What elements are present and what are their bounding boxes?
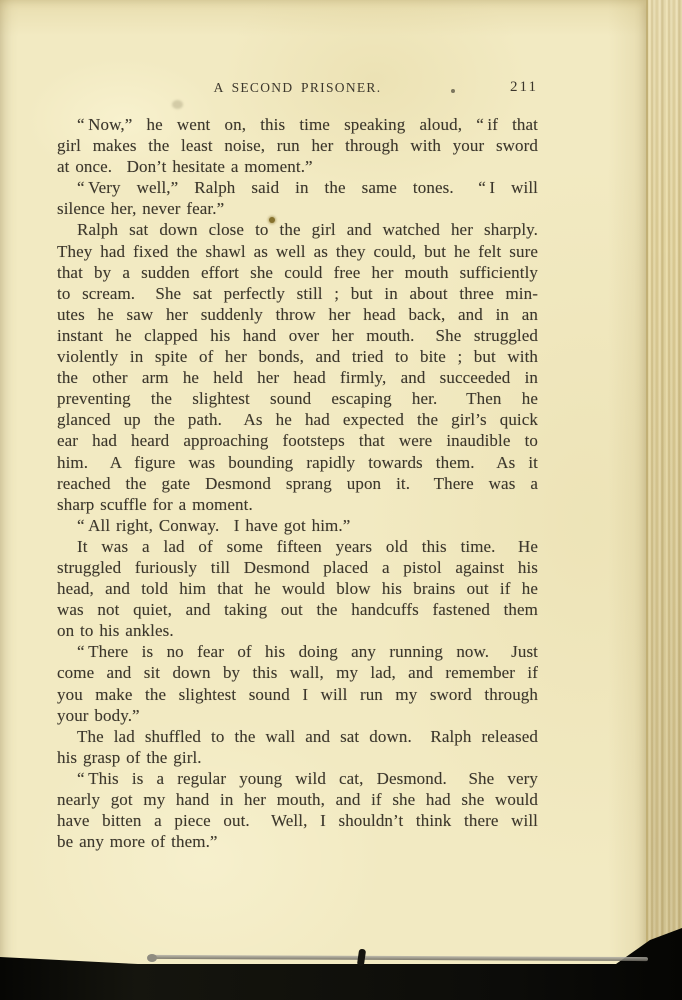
book-page-scan: A SECOND PRISONER. 211 “ Now,” he went o… <box>0 0 682 1000</box>
text-line: The lad shuffled to the wall and sat dow… <box>57 726 538 747</box>
scan-debris <box>147 954 157 962</box>
text-line: him. A figure was bounding rapidly towar… <box>57 452 538 473</box>
paragraph: “ This is a regular young wild cat, Desm… <box>57 768 538 852</box>
text-line: that by a sudden effort she could free h… <box>57 262 538 283</box>
ink-dot <box>451 89 455 93</box>
paragraph: “ There is no fear of his doing any runn… <box>57 641 538 725</box>
scan-debris <box>357 949 366 967</box>
paragraph: “ Very well,” Ralph said in the same ton… <box>57 177 538 219</box>
text-line: head, and told him that he would blow hi… <box>57 578 538 599</box>
text-line: It was a lad of some fifteen years old t… <box>57 536 538 557</box>
text-line: “ Now,” he went on, this time speaking a… <box>57 114 538 135</box>
text-line: violently in spite of her bonds, and tri… <box>57 346 538 367</box>
text-line: on to his ankles. <box>57 620 538 641</box>
body-text: “ Now,” he went on, this time speaking a… <box>57 114 538 852</box>
paragraph: “ Now,” he went on, this time speaking a… <box>57 114 538 177</box>
text-line: his grasp of the girl. <box>57 747 538 768</box>
text-line: preventing the slightest sound escaping … <box>57 388 538 409</box>
text-line: your body.” <box>57 705 538 726</box>
text-line: to scream. She sat perfectly still ; but… <box>57 283 538 304</box>
paper-top-shading <box>0 0 682 36</box>
text-line: nearly got my hand in her mouth, and if … <box>57 789 538 810</box>
text-line: “ There is no fear of his doing any runn… <box>57 641 538 662</box>
text-line: They had fixed the shawl as well as they… <box>57 241 538 262</box>
page-bottom-edge <box>148 955 648 961</box>
text-line: ear had heard approaching footsteps that… <box>57 430 538 451</box>
text-line: glanced up the path. As he had expected … <box>57 409 538 430</box>
text-line: silence her, never fear.” <box>57 198 538 219</box>
text-line: at once. Don’t hesitate a moment.” <box>57 156 538 177</box>
running-title: A SECOND PRISONER. <box>57 80 538 96</box>
text-line: girl makes the least noise, run her thro… <box>57 135 538 156</box>
text-line: utes he saw her suddenly throw her head … <box>57 304 538 325</box>
book-fore-edge-pages <box>646 0 682 962</box>
page-number: 211 <box>510 79 538 96</box>
foxing-spot <box>269 217 275 223</box>
paper-smudge <box>172 100 183 109</box>
text-line: instant he clapped his hand over her mou… <box>57 325 538 346</box>
text-line: Ralph sat down close to the girl and wat… <box>57 219 538 240</box>
text-line: you make the slightest sound I will run … <box>57 684 538 705</box>
paragraph: Ralph sat down close to the girl and wat… <box>57 219 538 514</box>
paragraph: It was a lad of some fifteen years old t… <box>57 536 538 641</box>
paragraph: “ All right, Conway. I have got him.” <box>57 515 538 536</box>
page-content: A SECOND PRISONER. 211 “ Now,” he went o… <box>57 80 538 852</box>
text-line: be any more of them.” <box>57 831 538 852</box>
text-line: “ Very well,” Ralph said in the same ton… <box>57 177 538 198</box>
text-line: the other arm he held her head firmly, a… <box>57 367 538 388</box>
text-line: struggled furiously till Desmond placed … <box>57 557 538 578</box>
text-line: “ All right, Conway. I have got him.” <box>57 515 538 536</box>
text-line: come and sit down by this wall, my lad, … <box>57 662 538 683</box>
text-line: was not quiet, and taking out the handcu… <box>57 599 538 620</box>
running-header: A SECOND PRISONER. 211 <box>57 80 538 96</box>
paragraph: The lad shuffled to the wall and sat dow… <box>57 726 538 768</box>
text-line: sharp scuffle for a moment. <box>57 494 538 515</box>
text-line: “ This is a regular young wild cat, Desm… <box>57 768 538 789</box>
text-line: have bitten a piece out. Well, I shouldn… <box>57 810 538 831</box>
text-line: reached the gate Desmond sprang upon it.… <box>57 473 538 494</box>
